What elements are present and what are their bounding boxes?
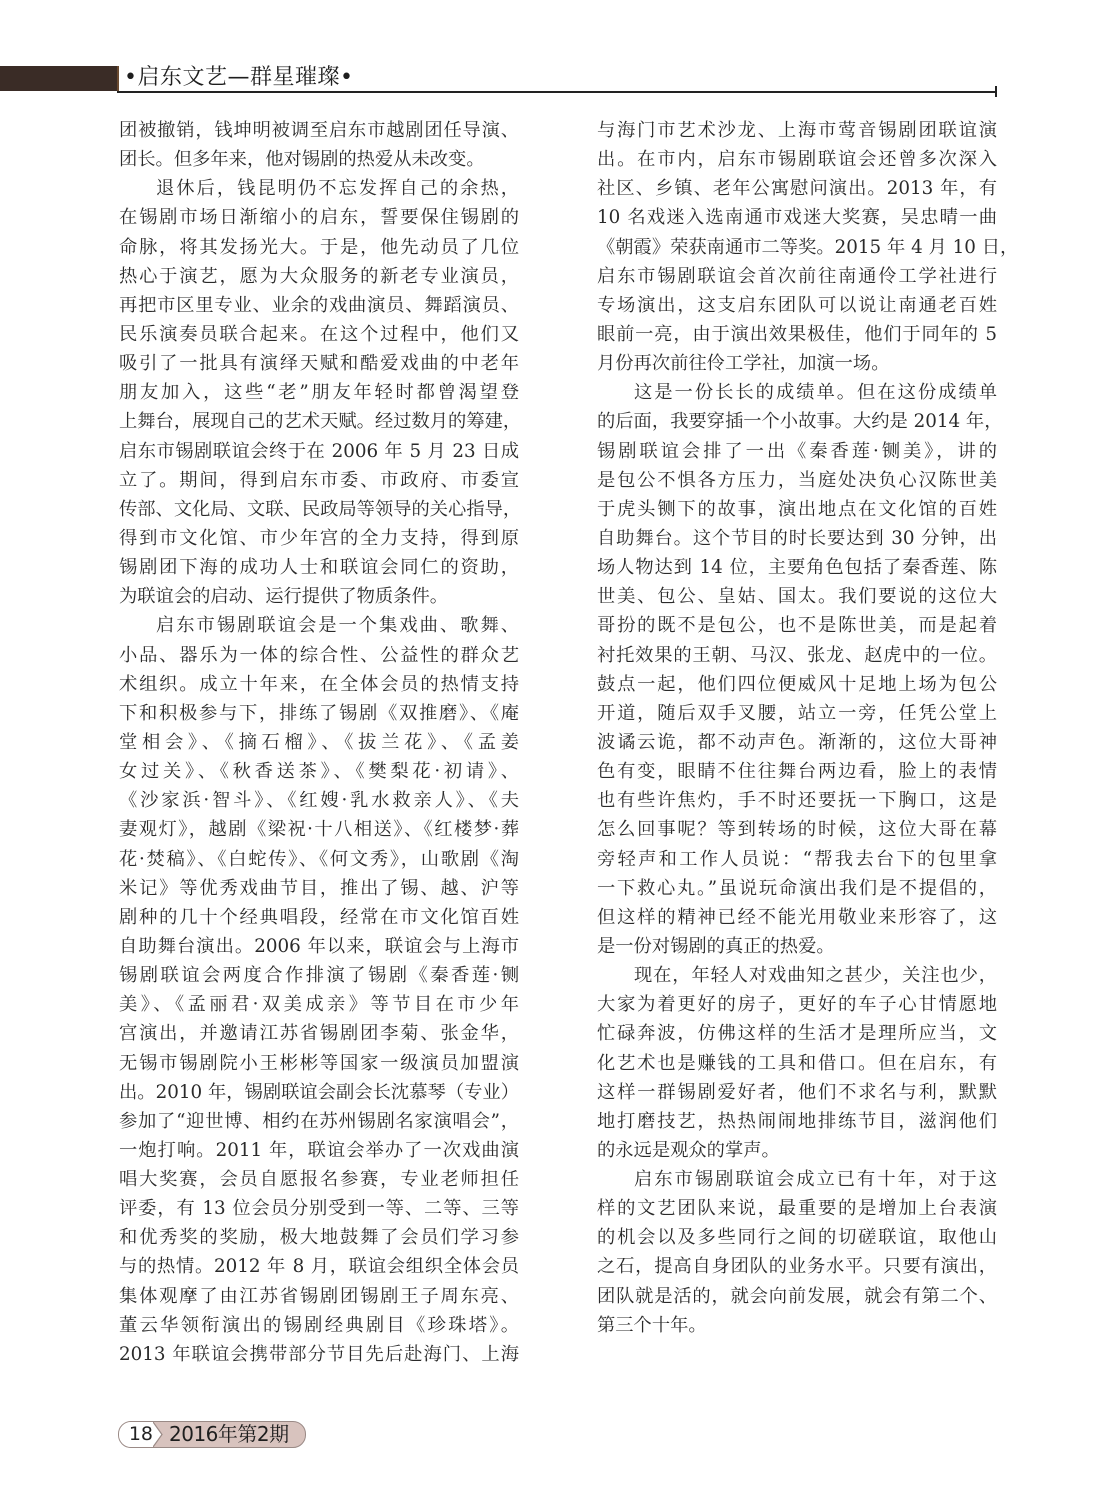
text-line: 传部、文化局、文联、民政局等领导的关心指导，: [119, 495, 519, 524]
text-line: 朋友加入，这些“老”朋友年轻时都曾渴望登: [119, 378, 519, 407]
text-line: 出。在市内，启东市锡剧联谊会还曾多次深入: [597, 145, 997, 174]
text-line: 命脉，将其发扬光大。于是，他先动员了几位: [119, 233, 519, 262]
header-rule-end-tick: [995, 86, 997, 97]
text-line: 是一份对锡剧的真正的热爱。: [597, 932, 997, 961]
text-line: 团队就是活的，就会向前发展，就会有第二个、: [597, 1282, 997, 1311]
text-line: 忙碌奔波，仿佛这样的生活才是理所应当，文: [597, 1019, 997, 1048]
text-line: 上舞台，展现自己的艺术天赋。经过数月的筹建，: [119, 407, 519, 436]
text-line: 是包公不惧各方压力，当庭处决负心汉陈世美: [597, 466, 997, 495]
issue-label: 2016年第2期: [169, 1422, 289, 1447]
text-line: 再把市区里专业、业余的戏曲演员、舞蹈演员、: [119, 291, 519, 320]
text-line: 色有变，眼睛不住往舞台两边看，脸上的表情: [597, 757, 997, 786]
text-line: 于虎头铡下的故事，演出地点在文化馆的百姓: [597, 495, 997, 524]
text-line: 集体观摩了由江苏省锡剧团锡剧王子周东亮、: [119, 1282, 519, 1311]
text-line: 唱大奖赛，会员自愿报名参赛，专业老师担任: [119, 1165, 519, 1194]
text-line: 世美、包公、皇姑、国太。我们要说的这位大: [597, 582, 997, 611]
footer-page-badge: 18 2016年第2期: [118, 1421, 306, 1448]
article-column-left: 团被撤销，钱坤明被调至启东市越剧团任导演、团长。但多年来，他对锡剧的热爱从未改变…: [119, 116, 519, 1369]
text-line: 10 名戏迷入选南通市戏迷大奖赛，吴忠晴一曲: [597, 203, 997, 232]
text-line: 评委，有 13 位会员分别受到一等、二等、三等: [119, 1194, 519, 1223]
text-line: 米记》等优秀戏曲节目，推出了锡、越、沪等: [119, 874, 519, 903]
text-line: 大家为着更好的房子，更好的车子心甘情愿地: [597, 990, 997, 1019]
text-line: 之石，提高自身团队的业务水平。只要有演出，: [597, 1252, 997, 1281]
text-line: 妻观灯》，越剧《梁祝·十八相送》、《红楼梦·葬: [119, 815, 519, 844]
text-line: 化艺术也是赚钱的工具和借口。但在启东，有: [597, 1049, 997, 1078]
text-line: 地打磨技艺，热热闹闹地排练节目，滋润他们: [597, 1107, 997, 1136]
text-line: 术组织。成立十年来，在全体会员的热情支持: [119, 670, 519, 699]
text-line: 衬托效果的王朝、马汉、张龙、赵虎中的一位。: [597, 641, 997, 670]
text-line: 美》、《孟丽君·双美成亲》等节目在市少年: [119, 990, 519, 1019]
text-line: 哥扮的既不是包公，也不是陈世美，而是起着: [597, 611, 997, 640]
text-line: 和优秀奖的奖励，极大地鼓舞了会员们学习参: [119, 1223, 519, 1252]
text-line: 锡剧团下海的成功人士和联谊会同仁的资助，: [119, 553, 519, 582]
text-line: 旁轻声和工作人员说：“帮我去台下的包里拿: [597, 845, 997, 874]
text-line: 女过关》、《秋香送茶》、《樊梨花·初请》、: [119, 757, 519, 786]
text-line: 剧种的几十个经典唱段，经常在市文化馆百姓: [119, 903, 519, 932]
text-line: 得到市文化馆、市少年宫的全力支持，得到原: [119, 524, 519, 553]
text-line: 一炮打响。2011 年，联谊会举办了一次戏曲演: [119, 1136, 519, 1165]
text-line: 的永远是观众的掌声。: [597, 1136, 997, 1165]
text-line: 月份再次前往伶工学社，加演一场。: [597, 349, 997, 378]
text-line: 样的文艺团队来说，最重要的是增加上台表演: [597, 1194, 997, 1223]
text-line: 波谲云诡，都不动声色。渐渐的，这位大哥神: [597, 728, 997, 757]
text-line: 热心于演艺，愿为大众服务的新老专业演员，: [119, 262, 519, 291]
text-line: 开道，随后双手叉腰，站立一旁，任凭公堂上: [597, 699, 997, 728]
text-line: 宫演出，并邀请江苏省锡剧团李菊、张金华，: [119, 1019, 519, 1048]
text-line: 启东市锡剧联谊会是一个集戏曲、歌舞、: [119, 611, 519, 640]
text-line: 自助舞台演出。2006 年以来，联谊会与上海市: [119, 932, 519, 961]
text-line: 2013 年联谊会携带部分节目先后赴海门、上海: [119, 1340, 519, 1369]
header-color-block: [0, 66, 119, 91]
text-line: 启东市锡剧联谊会首次前往南通伶工学社进行: [597, 262, 997, 291]
text-line: 锡剧联谊会排了一出《秦香莲·铡美》，讲的: [597, 437, 997, 466]
text-line: 社区、乡镇、老年公寓慰问演出。2013 年，有: [597, 174, 997, 203]
text-line: 启东市锡剧联谊会终于在 2006 年 5 月 23 日成: [119, 437, 519, 466]
text-line: 《朝霞》荣获南通市二等奖。2015 年 4 月 10 日，: [597, 233, 997, 262]
text-line: 小品、器乐为一体的综合性、公益性的群众艺: [119, 641, 519, 670]
text-line: 立了。期间，得到启东市委、市政府、市委宣: [119, 466, 519, 495]
text-line: 与的热情。2012 年 8 月，联谊会组织全体会员: [119, 1252, 519, 1281]
text-line: 的后面，我要穿插一个小故事。大约是 2014 年，: [597, 407, 997, 436]
text-line: 吸引了一批具有演绎天赋和酷爱戏曲的中老年: [119, 349, 519, 378]
text-line: 但这样的精神已经不能光用敬业来形容了，这: [597, 903, 997, 932]
text-line: 场人物达到 14 位，主要角色包括了秦香莲、陈: [597, 553, 997, 582]
text-line: 花·焚稿》、《白蛇传》、《何文秀》，山歌剧《淘: [119, 845, 519, 874]
text-line: 第三个十年。: [597, 1311, 997, 1340]
text-line: 无锡市锡剧院小王彬彬等国家一级演员加盟演: [119, 1049, 519, 1078]
text-line: 这样一群锡剧爱好者，他们不求名与利，默默: [597, 1078, 997, 1107]
text-line: 的机会以及多些同行之间的切磋联谊，取他山: [597, 1223, 997, 1252]
text-line: 现在，年轻人对戏曲知之甚少，关注也少，: [597, 961, 997, 990]
text-line: 专场演出，这支启东团队可以说让南通老百姓: [597, 291, 997, 320]
text-line: 下和积极参与下，排练了锡剧《双推磨》、《庵: [119, 699, 519, 728]
text-line: 与海门市艺术沙龙、上海市莺音锡剧团联谊演: [597, 116, 997, 145]
text-line: 出。2010 年，锡剧联谊会副会长沈慕琴（专业）: [119, 1078, 519, 1107]
text-line: 在锡剧市场日渐缩小的启东，誓要保住锡剧的: [119, 203, 519, 232]
text-line: 参加了“迎世博、相约在苏州锡剧名家演唱会”，: [119, 1107, 519, 1136]
text-line: 这是一份长长的成绩单。但在这份成绩单: [597, 378, 997, 407]
text-line: 也有些许焦灼，手不时还要抚一下胸口，这是: [597, 786, 997, 815]
text-line: 启东市锡剧联谊会成立已有十年，对于这: [597, 1165, 997, 1194]
text-line: 堂相会》、《摘石榴》、《拔兰花》、《孟姜: [119, 728, 519, 757]
section-title: •启东文艺—群星璀璨•: [124, 64, 353, 92]
text-line: 自助舞台。这个节目的时长要达到 30 分钟，出: [597, 524, 997, 553]
chevron-outline-icon: [153, 1422, 165, 1447]
text-line: 一下救心丸。”虽说玩命演出我们是不提倡的，: [597, 874, 997, 903]
text-line: 鼓点一起，他们四位便威风十足地上场为包公: [597, 670, 997, 699]
text-line: 怎么回事呢？等到转场的时候，这位大哥在幕: [597, 815, 997, 844]
text-line: 退休后，钱昆明仍不忘发挥自己的余热，: [119, 174, 519, 203]
text-line: 锡剧联谊会两度合作排演了锡剧《秦香莲·铡: [119, 961, 519, 990]
text-line: 眼前一亮，由于演出效果极佳，他们于同年的 5: [597, 320, 997, 349]
text-line: 为联谊会的启动、运行提供了物质条件。: [119, 582, 519, 611]
text-line: 团被撤销，钱坤明被调至启东市越剧团任导演、: [119, 116, 519, 145]
header-rule: [117, 91, 996, 93]
text-line: 团长。但多年来，他对锡剧的热爱从未改变。: [119, 145, 519, 174]
page-number: 18: [119, 1422, 153, 1447]
text-line: 民乐演奏员联合起来。在这个过程中，他们又: [119, 320, 519, 349]
article-column-right: 与海门市艺术沙龙、上海市莺音锡剧团联谊演出。在市内，启东市锡剧联谊会还曾多次深入…: [597, 116, 997, 1340]
text-line: 《沙家浜·智斗》、《红嫂·乳水救亲人》、《夫: [119, 786, 519, 815]
text-line: 董云华领衔演出的锡剧经典剧目《珍珠塔》。: [119, 1311, 519, 1340]
